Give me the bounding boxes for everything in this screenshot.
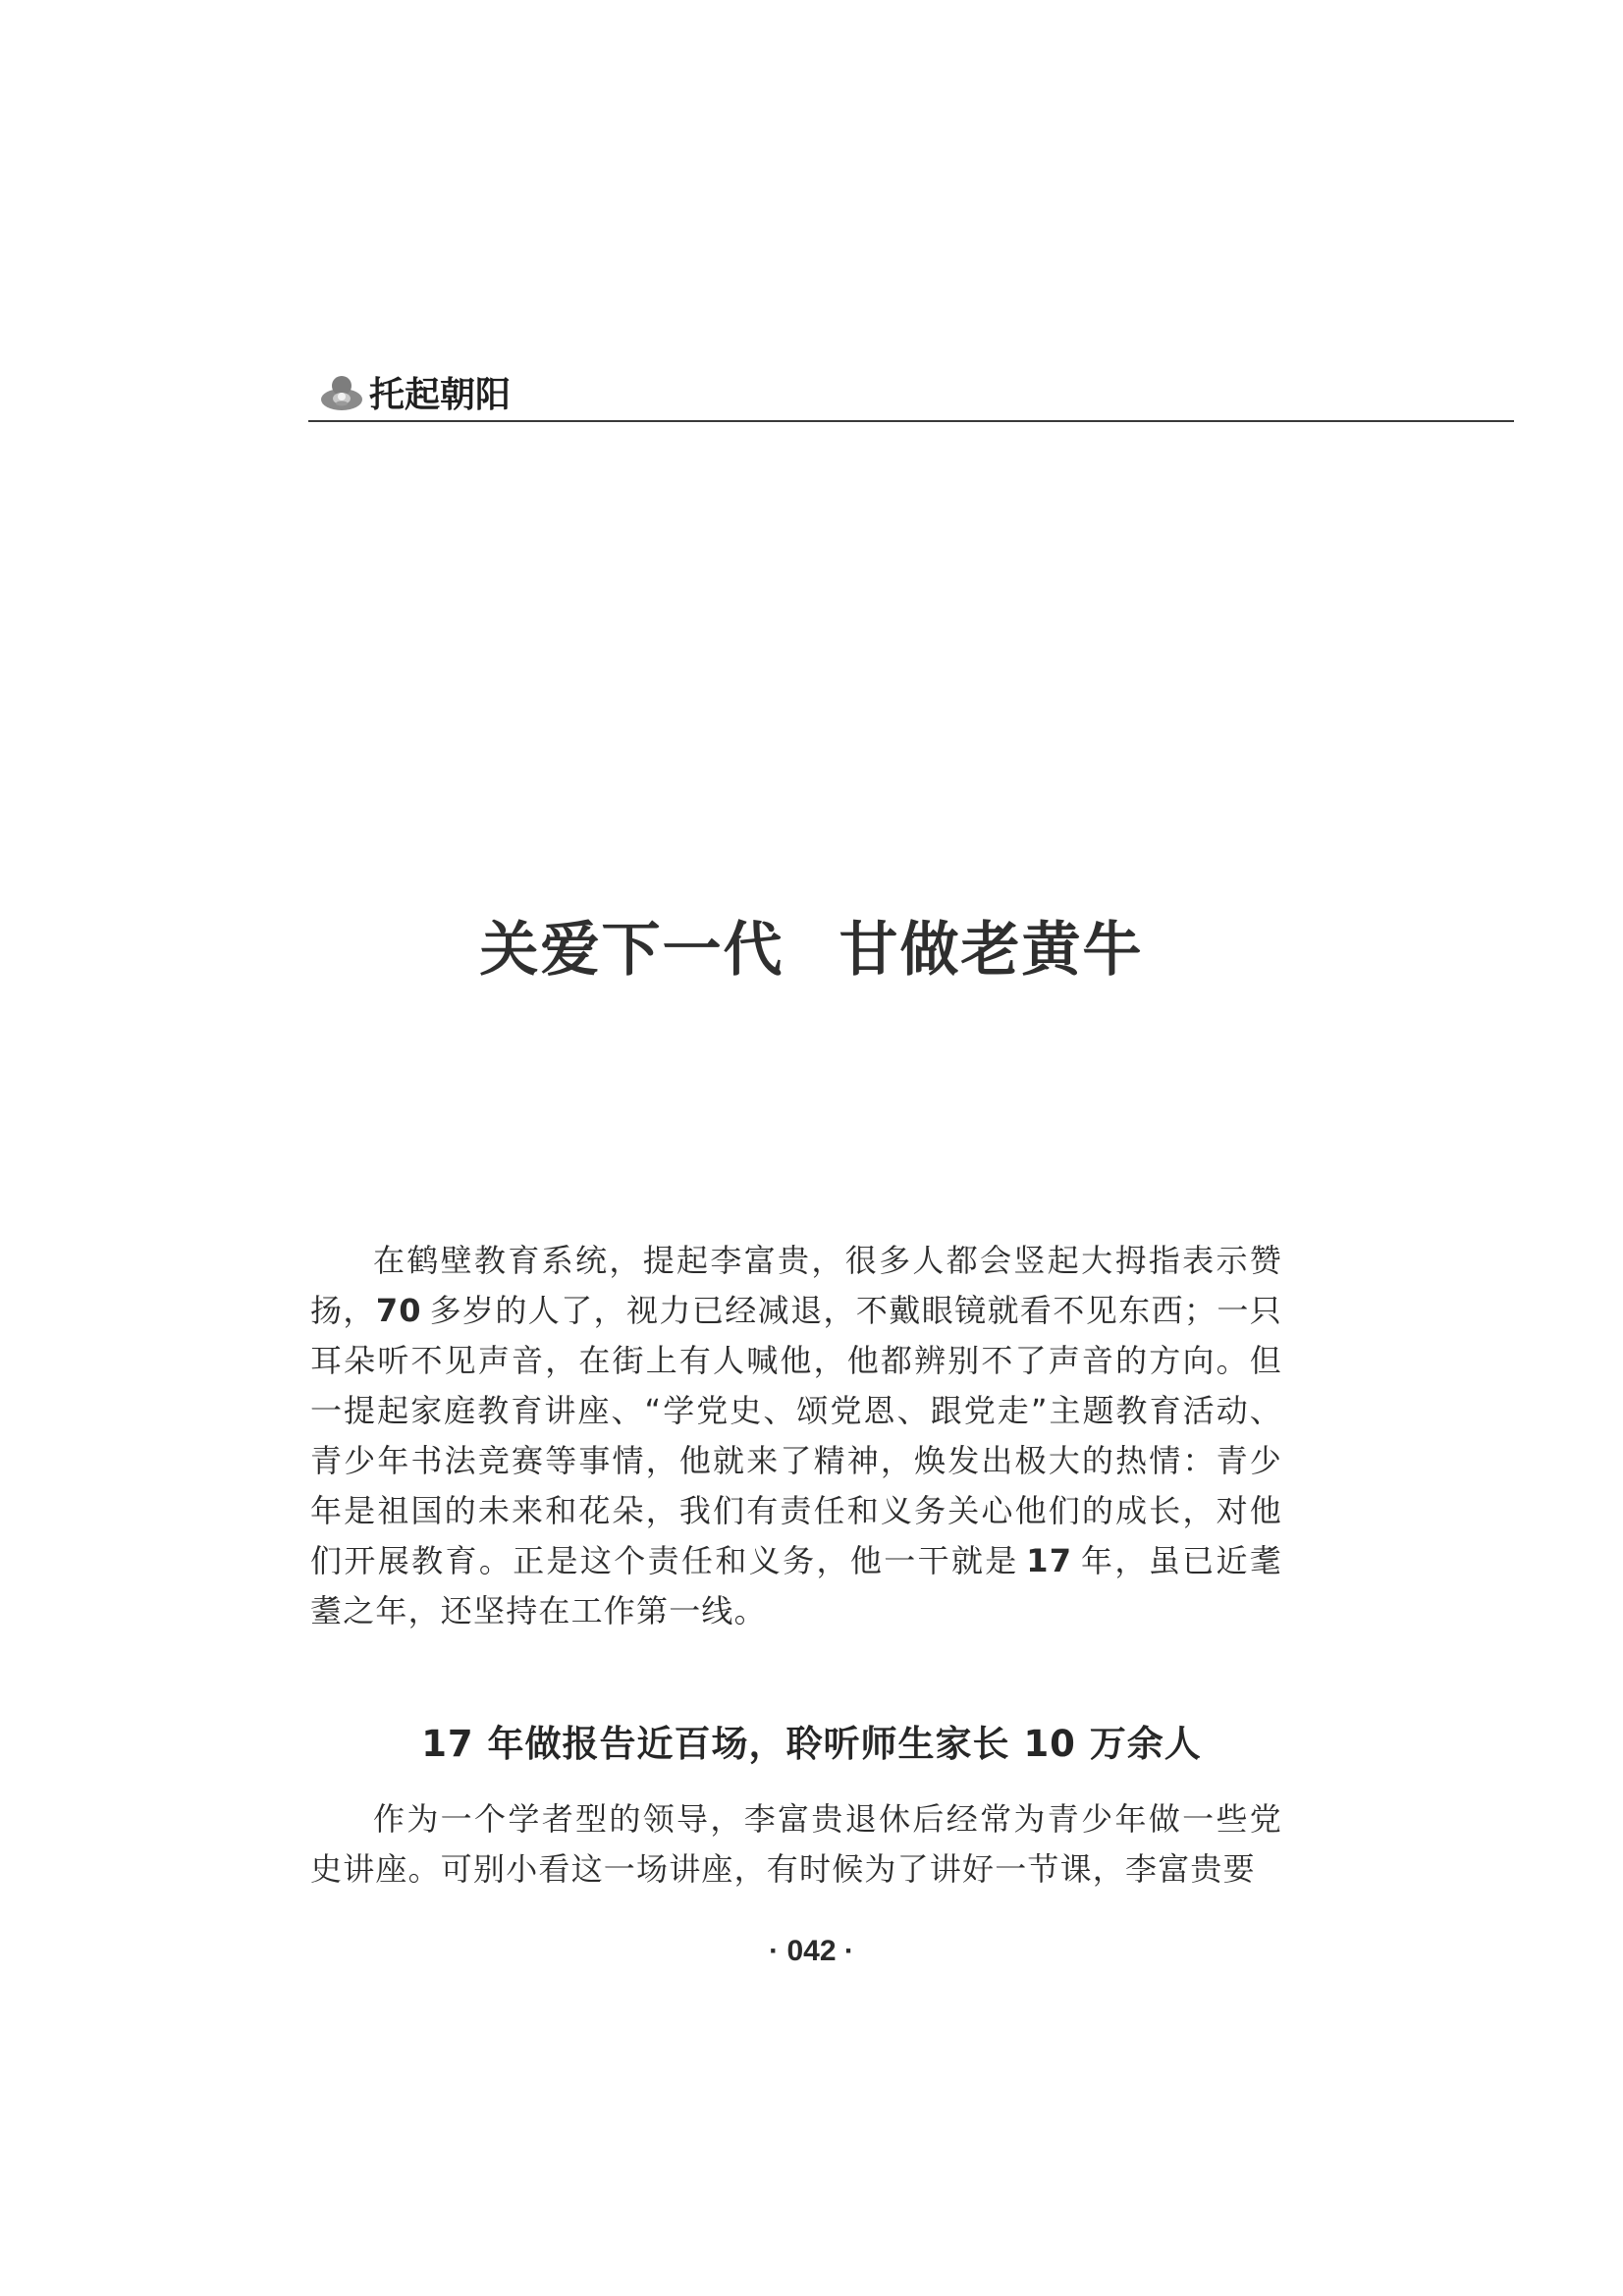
running-head-title: 托起朝阳 [369, 371, 511, 418]
text-segment: 多岁的人了，视力已经减退，不戴眼镜就看不见东西；一只耳朵听不见声音，在街上有人喊… [310, 1292, 1282, 1579]
paragraph-text: 作为一个学者型的领导，李富贵退休后经常为青少年做一些党史讲座。可别小看这一场讲座… [310, 1794, 1282, 1895]
paragraph-1: 在鹤壁教育系统，提起李富贵，很多人都会竖起大拇指表示赞扬，70 多岁的人了，视力… [310, 1236, 1282, 1636]
number-17: 17 [1026, 1542, 1072, 1579]
chapter-title-part1: 关爱下一代 [480, 916, 784, 985]
running-head: 托起朝阳 [308, 365, 1514, 424]
section-subheading: 17 年做报告近百场，聆听师生家长 10 万余人 [0, 1721, 1623, 1768]
paragraph-2: 作为一个学者型的领导，李富贵退休后经常为青少年做一些党史讲座。可别小看这一场讲座… [310, 1794, 1282, 1895]
header-divider [308, 420, 1514, 422]
chapter-title: 关爱下一代甘做老黄牛 [0, 911, 1623, 989]
page-number: · 042 · [0, 1932, 1623, 1971]
book-logo-icon [320, 373, 363, 412]
paragraph-text: 在鹤壁教育系统，提起李富贵，很多人都会竖起大拇指表示赞扬，70 多岁的人了，视力… [310, 1236, 1282, 1636]
chapter-title-part2: 甘做老黄牛 [839, 916, 1144, 985]
number-70: 70 [376, 1292, 422, 1329]
